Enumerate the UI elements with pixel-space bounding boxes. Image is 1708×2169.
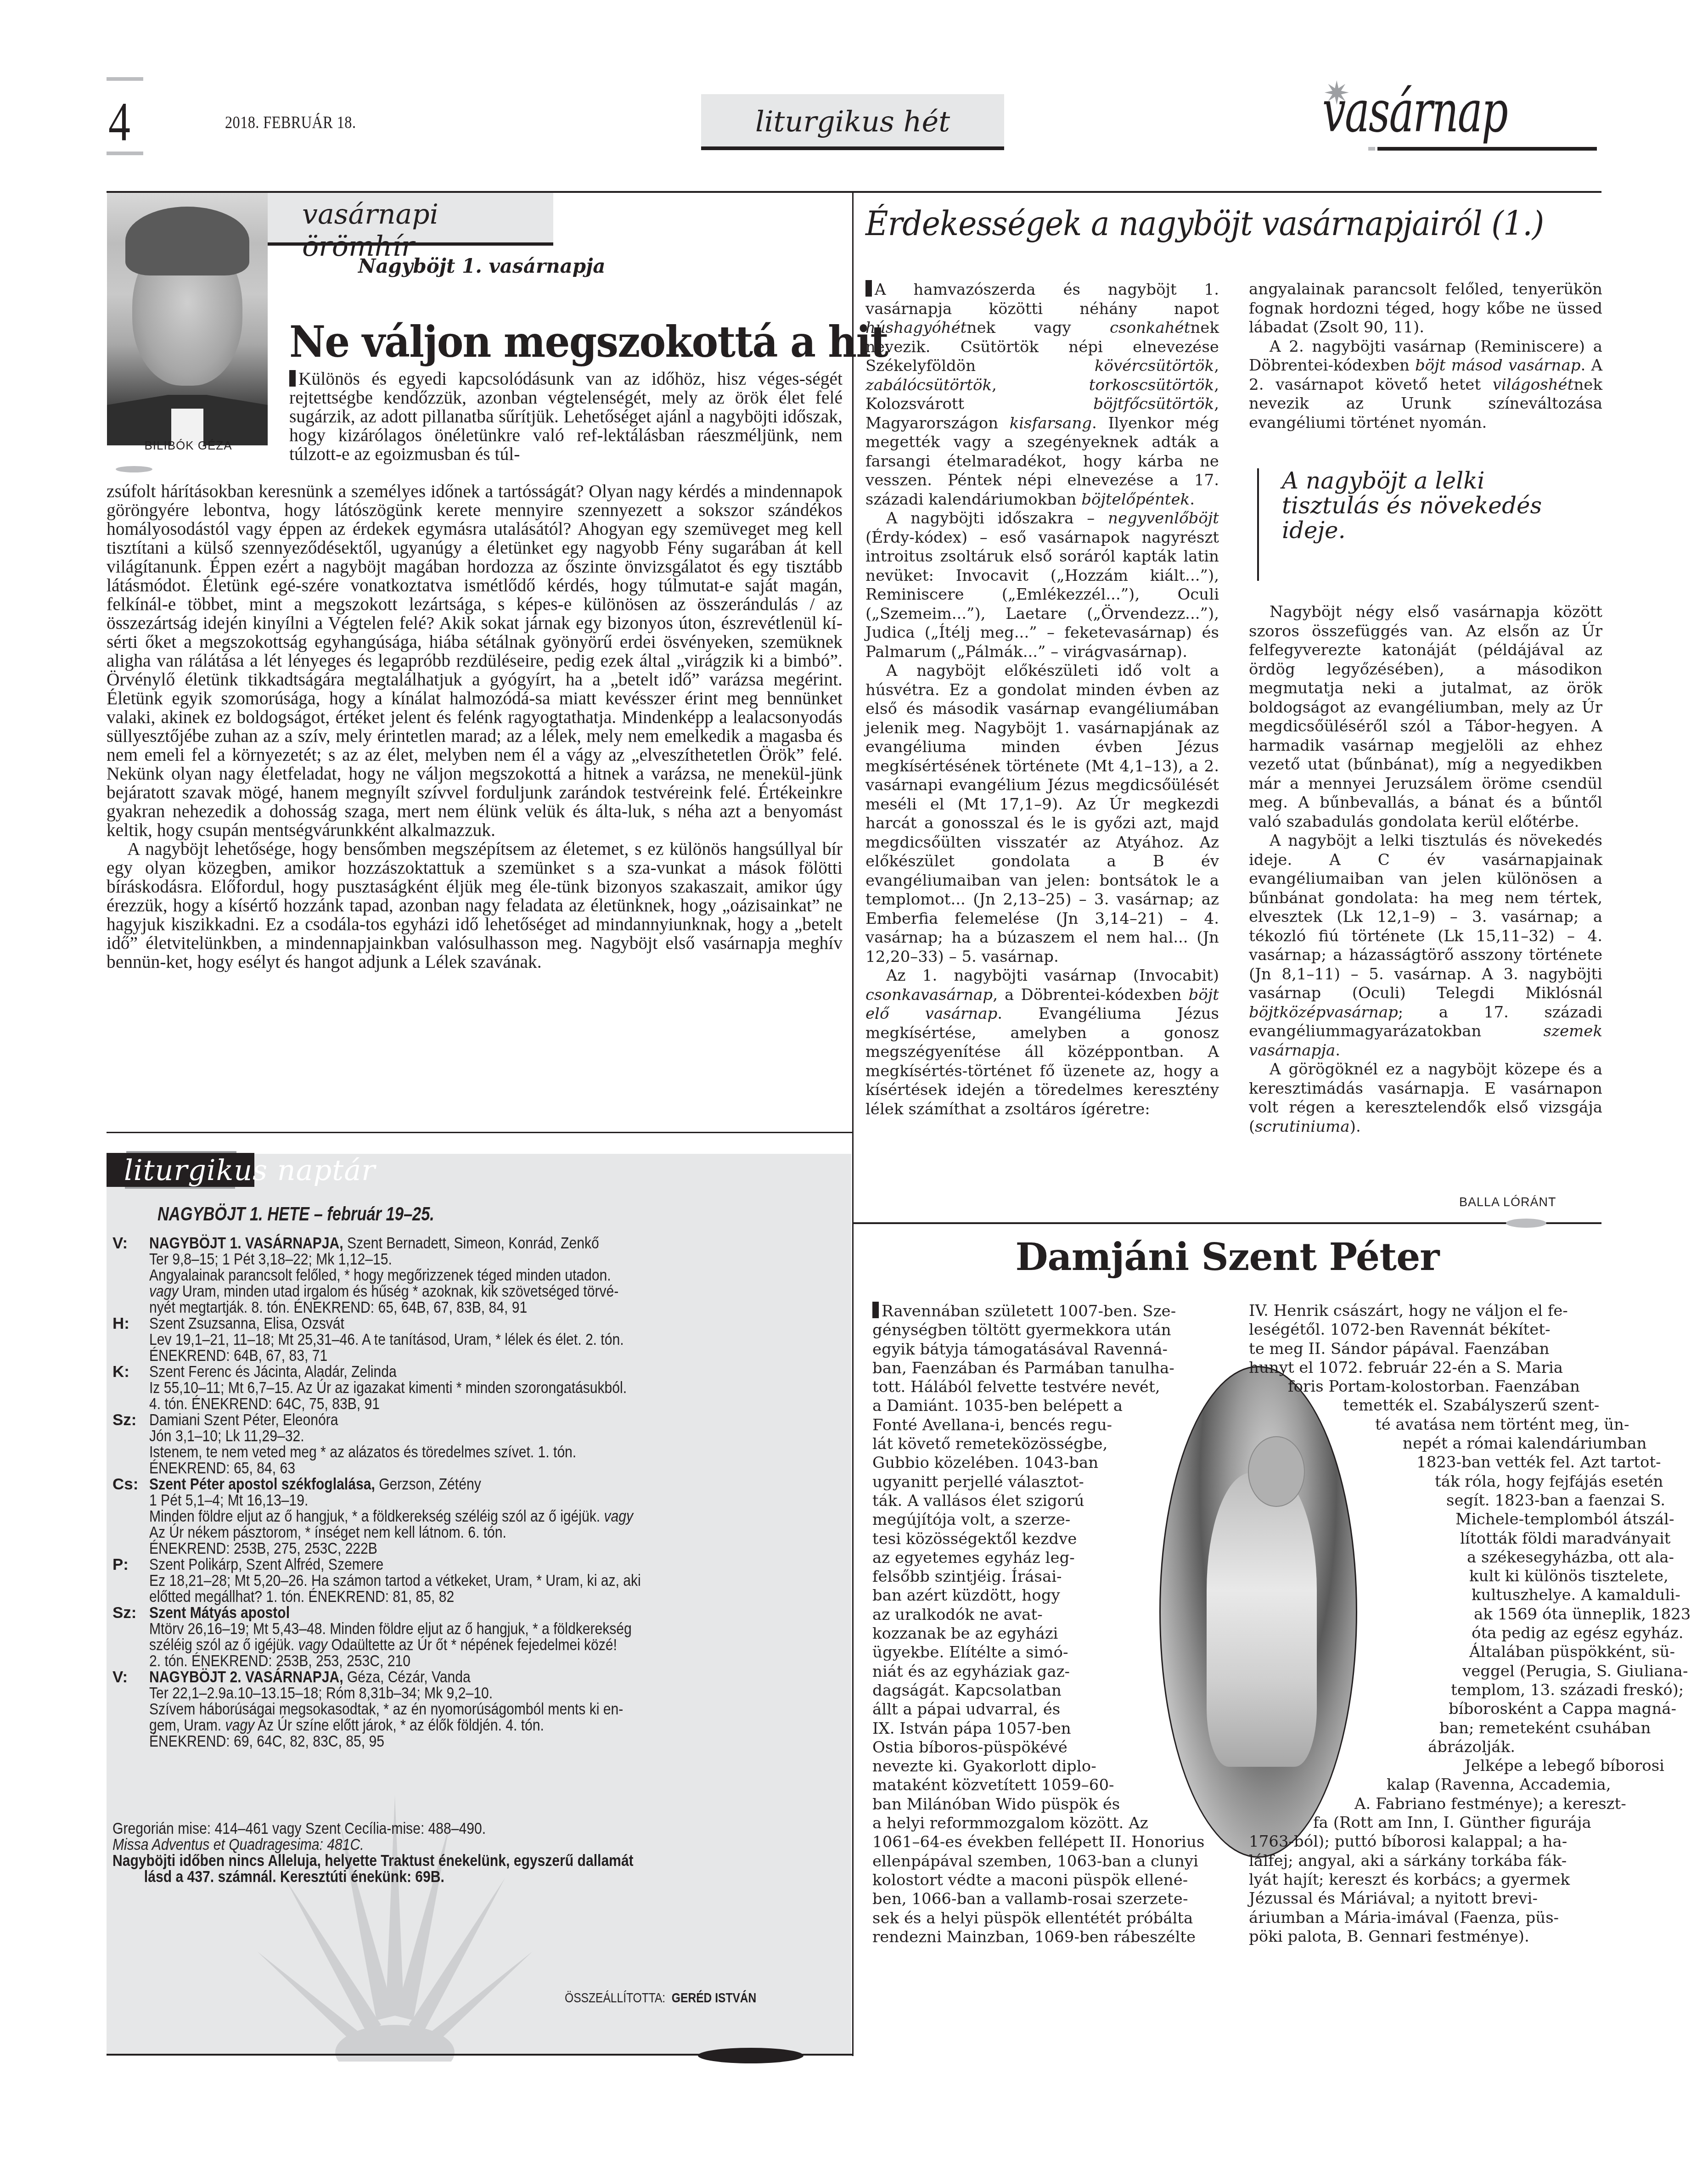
saint-text-line: IX. István pápa 1057-ben	[872, 1719, 1230, 1738]
calendar-day-names: Szent Péter apostol székfoglalása, Gerzs…	[149, 1476, 734, 1492]
issue-date: 2018. FEBRUÁR 18.	[225, 112, 356, 133]
calendar-day: P:Szent Polikárp, Szent Alfréd, SzemereE…	[112, 1557, 829, 1605]
calendar-day-names: Szent Zsuzsanna, Elisa, Ozsvát	[149, 1315, 734, 1332]
saint-text-line: megújítója volt, a szerze-	[872, 1511, 1230, 1529]
calendar-day-names: Szent Mátyás apostol	[149, 1605, 734, 1621]
saint-text-line: niát és az egyháziak gaz-	[872, 1663, 1230, 1681]
italic-term: csonkavasárnap	[865, 986, 993, 1004]
saint-text-line: ábrázolják.	[1249, 1738, 1605, 1757]
feature-title: Érdekességek a nagyböjt vasárnapjairól (…	[865, 204, 1544, 243]
credit-label: ÖSSZEÁLLÍTOTTA:	[565, 1990, 665, 2006]
calendar-feast: NAGYBÖJT 1. VASÁRNAPJA,	[149, 1234, 343, 1252]
feature-column-2-top: angyalainak parancsolt felőled, tenyerük…	[1249, 280, 1602, 433]
brand-underline	[1377, 147, 1597, 151]
saint-text-line: Ostia bíboros-püspökévé	[872, 1738, 1230, 1757]
saint-text-line: nevezte ki. Gyakorlott diplo-	[872, 1757, 1230, 1776]
calendar-reading: 1 Pét 5,1–4; Mt 16,13–19.	[149, 1492, 734, 1508]
italic-term: böjtközépvasárnap	[1249, 1003, 1398, 1022]
calendar-day-abbr: K:	[112, 1364, 129, 1380]
saint-text-line: felsőbb szintjéig. Írásai-	[872, 1568, 1230, 1586]
calendar-reading: Az Úr nékem pásztorom, * ínséget nem kel…	[149, 1524, 734, 1540]
saint-text-line: segít. 1823-ban a faenzai S.	[1249, 1491, 1605, 1510]
calendar-reading: ÉNEKREND: 253B, 275, 253C, 222B	[149, 1540, 734, 1557]
feature-column-1: A hamvazószerda és nagyböjt 1. vasárnapj…	[865, 280, 1219, 1119]
feature-author: BALLA LÓRÁNT	[1459, 1195, 1556, 1209]
italic-term: böjtelőpéntek	[1081, 490, 1190, 509]
saint-text-line: IV. Henrik császárt, hogy ne váljon el f…	[1249, 1302, 1605, 1321]
calendar-saints: Szent Zsuzsanna, Elisa, Ozsvát	[149, 1315, 344, 1332]
calendar-day-abbr: P:	[112, 1557, 129, 1573]
saint-text-line: bíborosként a Cappa magná-	[1249, 1700, 1605, 1719]
italic-term: negyvenlőböjt	[1108, 509, 1219, 528]
saint-text-line: az uralkodók ne avat-	[872, 1606, 1230, 1624]
calendar-footer: Gregorián mise: 414–461 vagy Szent Cecíl…	[112, 1821, 829, 1885]
saint-text-line: leségétől. 1072-ben Ravennát békítet-	[1249, 1321, 1605, 1339]
saint-text-line: foris Portam-kolostorban. Faenzában	[1249, 1377, 1605, 1396]
saint-text-line: ak 1569 óta ünneplik, 1823	[1249, 1605, 1605, 1624]
section-tab: liturgikus hét	[701, 94, 1004, 150]
saint-text-line: ellenpápával szemben, 1063-ban a clunyi	[872, 1852, 1230, 1871]
saint-text-line: tott. Hálából felvette testvére nevét,	[872, 1378, 1230, 1397]
calendar-reading: Ter 9,8–15; 1 Pét 3,18–22; Mk 1,12–15.	[149, 1251, 734, 1267]
italic-term: böjtfőcsütörtök	[1093, 395, 1214, 413]
calendar-day-abbr: H:	[112, 1315, 129, 1332]
saint-text-line: ták. A vallásos élet szigorú	[872, 1492, 1230, 1511]
calendar-reading: Jón 3,1–10; Lk 11,29–32.	[149, 1428, 734, 1444]
feature-column-2-bottom: Nagyböjt négy első vasárnapja között szo…	[1249, 603, 1602, 1136]
saint-text-line: Jézussal és Máriával; a nyitott brevi-	[1249, 1889, 1605, 1908]
italic-term: húshagyóhét	[865, 319, 967, 337]
calendar-reading: Minden földre eljut az ő hangjuk, * a fö…	[149, 1508, 734, 1524]
decorative-oval	[698, 2048, 803, 2063]
calendar-reading: vagy Uram, minden utad irgalom és hűség …	[149, 1283, 734, 1299]
saint-text-line: lyát hajít; kereszt és korbács; a gyerme…	[1249, 1871, 1605, 1889]
saint-text-line: 1061–64-es években fellépett II. Honoriu…	[872, 1833, 1230, 1852]
column-kicker: vasárnapi örömhír	[268, 193, 553, 246]
calendar-day-names: NAGYBÖJT 2. VASÁRNAPJA, Géza, Cézár, Van…	[149, 1669, 734, 1685]
calendar-or: vagy	[149, 1282, 179, 1300]
calendar-or: vagy	[298, 1636, 328, 1654]
calendar-alleluia-note: Nagyböjti időben nincs Alleluja, helyett…	[112, 1853, 729, 1869]
feature-paragraph: Nagyböjt négy első vasárnapja között szo…	[1249, 603, 1602, 832]
article-subkicker: Nagyböjt 1. vasárnapja	[358, 255, 606, 277]
calendar-day-names: Szent Ferenc és Jácinta, Aladár, Zelinda	[149, 1364, 734, 1380]
saint-text-line: áriumban a Mária-imával (Faenza, püs-	[1249, 1909, 1605, 1927]
saint-text-line: a székesegyházba, ott ala-	[1249, 1548, 1605, 1567]
calendar-day: V:NAGYBÖJT 2. VASÁRNAPJA, Géza, Cézár, V…	[112, 1669, 829, 1749]
feature-paragraph: Az 1. nagyböjti vasárnap (Invocabit) cso…	[865, 966, 1219, 1119]
calendar-reading: nyét megtartják. 8. tón. ÉNEKREND: 65, 6…	[149, 1299, 734, 1315]
calendar-reading: Szívem háborúságai megsokasodtak, * az é…	[149, 1701, 734, 1717]
calendar-reading: ÉNEKREND: 69, 64C, 82, 83C, 85, 95	[149, 1733, 734, 1749]
calendar-day: Sz:Damiani Szent Péter, EleonóraJón 3,1–…	[112, 1412, 829, 1476]
calendar-saints: Damiani Szent Péter, Eleonóra	[149, 1411, 338, 1429]
section-divider	[107, 1132, 853, 1133]
author-photo	[107, 193, 268, 445]
feature-paragraph: A nagyböjti időszakra – negyvenlőböjt (É…	[865, 509, 1219, 662]
italic-term: torkoscsütörtök	[1089, 376, 1214, 394]
saint-text-line: kalap (Ravenna, Accademia,	[1249, 1776, 1605, 1794]
credit-name: GERÉD ISTVÁN	[672, 1990, 757, 2006]
calendar-reading: ÉNEKREND: 64B, 67, 83, 71	[149, 1348, 734, 1364]
feature-paragraph: A nagyböjt a lelki tisztulás és növekedé…	[1249, 832, 1602, 1060]
lead-paragraph: Különös és egyedi kapcsolódásunk van az …	[289, 369, 843, 464]
saint-text-line: kozzanak be az egyházi	[872, 1624, 1230, 1643]
calendar-reading: Ez 18,21–28; Mt 5,20–26. Ha számon tarto…	[149, 1573, 734, 1589]
saint-text-line: veggel (Perugia, S. Giuliana-	[1249, 1662, 1605, 1681]
calendar-or: vagy	[225, 1716, 255, 1734]
calendar-saints: Szent Polikárp, Szent Alfréd, Szemere	[149, 1556, 383, 1573]
saint-text-line: ben, 1066-ban a vallamb-rosai szerzete-	[872, 1890, 1230, 1909]
italic-term: scrutiniuma	[1255, 1118, 1349, 1136]
saint-column-1: Ravennában született 1007-ben. Sze-génys…	[872, 1302, 1230, 1947]
calendar-day-abbr: V:	[112, 1235, 128, 1251]
body-paragraph: zsúfolt hárításokban keresnünk a személy…	[107, 482, 843, 840]
italic-term: böjt másod vasárnap	[1415, 356, 1580, 375]
photo-hair	[125, 207, 249, 275]
saint-text-line: ban azért küzdött, hogy	[872, 1586, 1230, 1605]
saint-text-line: rendezni Mainzban, 1069-ben rábeszélte	[872, 1928, 1230, 1947]
feature-paragraph: angyalainak parancsolt felőled, tenyerük…	[1249, 280, 1602, 337]
saint-text-line: nepét a római kalendáriumban	[1249, 1434, 1605, 1453]
calendar-reading: Istenem, te nem veted meg * az alázatos …	[149, 1444, 734, 1460]
saint-text-line: lították földi maradványait	[1249, 1529, 1605, 1548]
saint-text-line: hunyt el 1072. február 22-én a S. Maria	[1249, 1359, 1605, 1377]
calendar-reading: 4. tón. ÉNEKREND: 64C, 75, 83B, 91	[149, 1396, 734, 1412]
saint-text-line: temették el. Szabályszerű szent-	[1249, 1396, 1605, 1415]
saint-text-line: állt a pápai udvarral, és	[872, 1700, 1230, 1719]
saint-text-line: kolostort védte a maconi püspök ellené-	[872, 1871, 1230, 1890]
saint-text-line: Fonté Avellana-i, bencés regu-	[872, 1416, 1230, 1435]
saint-text-line: té avatása nem történt meg, ün-	[1249, 1416, 1605, 1434]
calendar-day-abbr: Sz:	[112, 1605, 137, 1621]
page-number: 4	[108, 94, 130, 149]
calendar-reading: Angyalainak parancsolt felőled, * hogy m…	[149, 1267, 734, 1283]
calendar-mass-note: Gregorián mise: 414–461 vagy Szent Cecíl…	[112, 1821, 729, 1837]
calendar-saints: Gerzson, Zétény	[375, 1475, 481, 1493]
saint-text-line: ügyekbe. Elítélte a simó-	[872, 1643, 1230, 1662]
calendar-reading: ÉNEKREND: 65, 84, 63	[149, 1460, 734, 1476]
saint-text-line: Jelképe a lebegő bíborosi	[1249, 1757, 1605, 1776]
calendar-saints: Géza, Cézár, Vanda	[343, 1668, 471, 1686]
calendar-feast: Szent Mátyás apostol	[149, 1604, 290, 1622]
calendar-day-abbr: V:	[112, 1669, 128, 1685]
feature-paragraph: A nagyböjt előkészületi idő volt a húsvé…	[865, 662, 1219, 966]
calendar-reading: Lev 19,1–21, 11–18; Mt 25,31–46. A te ta…	[149, 1332, 734, 1348]
feature-paragraph: A hamvazószerda és nagyböjt 1. vasárnapj…	[865, 280, 1219, 509]
calendar-day-abbr: Cs:	[112, 1476, 138, 1492]
calendar-saints: Szent Bernadett, Simeon, Konrád, Zenkő	[343, 1234, 599, 1252]
decorative-oval	[1506, 1219, 1546, 1228]
saint-text-line: az egyetemes egyház leg-	[872, 1549, 1230, 1568]
saint-text-line: fa (Rott am Inn, I. Günther figurája	[1249, 1814, 1605, 1832]
calendar-reading: 2. tón. ÉNEKREND: 253B, 253, 253C, 210	[149, 1653, 734, 1669]
calendar-day-names: NAGYBÖJT 1. VASÁRNAPJA, Szent Bernadett,…	[149, 1235, 734, 1251]
article-headline: Ne váljon megszokottá a hit	[289, 317, 888, 367]
saint-text-line: 1823-ban vették fel. Azt tartot-	[1249, 1453, 1605, 1472]
saint-text-line: tesi közösségektől kezdve	[872, 1530, 1230, 1549]
pull-quote: A nagyböjt a lelki tisztulás és növekedé…	[1257, 468, 1560, 581]
lead-marker-icon	[872, 1302, 879, 1318]
calendar-day-list: V:NAGYBÖJT 1. VASÁRNAPJA, Szent Bernadet…	[112, 1235, 829, 1749]
calendar-credit: ÖSSZEÁLLÍTOTTA: GERÉD ISTVÁN	[565, 1990, 756, 2006]
calendar-day: K:Szent Ferenc és Jácinta, Aladár, Zelin…	[112, 1364, 829, 1412]
saint-text-line: Gubbio közelében. 1043-ban	[872, 1454, 1230, 1472]
calendar-day-names: Damiani Szent Péter, Eleonóra	[149, 1412, 734, 1428]
body-paragraph: A nagyböjt lehetősége, hogy bensőmben me…	[107, 840, 843, 972]
calendar-title: liturgikus naptár	[124, 1153, 376, 1187]
feature-divider	[853, 1222, 1601, 1224]
decorative-oval	[116, 466, 152, 472]
lead-marker-icon	[289, 370, 296, 387]
saint-text-line: A. Fabriano festménye); a kereszt-	[1249, 1795, 1605, 1814]
saint-text-line: Michele-templomból átszál-	[1249, 1510, 1605, 1529]
calendar-reading: Iz 55,10–11; Mt 6,7–15. Az Úr az igazaka…	[149, 1380, 734, 1396]
calendar-day: Cs:Szent Péter apostol székfoglalása, Ge…	[112, 1476, 829, 1557]
saint-article-title: Damjáni Szent Péter	[853, 1235, 1601, 1279]
saint-text-line: ban; remeteként csuhában	[1249, 1719, 1605, 1738]
masthead-logo: ✷ vasárnap	[1322, 78, 1598, 154]
saint-text-line: 1763-ból); puttó bíborosi kalappal; a ha…	[1249, 1832, 1605, 1851]
saint-text-line: lálfej; angyal, aki a sárkány torkába fá…	[1249, 1852, 1605, 1871]
feature-paragraph: A 2. nagyböjti vasárnap (Reminiscere) a …	[1249, 337, 1602, 433]
saint-text-line: a helyi reformmozgalom között. Az	[872, 1814, 1230, 1833]
calendar-reading: Ter 22,1–2.9a.10–13.15–18; Róm 8,31b–34;…	[149, 1685, 734, 1701]
saint-text-line: ban, Faenzában és Parmában tanulha-	[872, 1359, 1230, 1378]
saint-text-line: ugyanitt perjellé választot-	[872, 1473, 1230, 1492]
calendar-feast: NAGYBÖJT 2. VASÁRNAPJA,	[149, 1668, 343, 1686]
calendar-reading: gem, Uram. vagy Az Úr színe előtt járok,…	[149, 1717, 734, 1733]
saint-text-line: ták róla, hogy fejfájás esetén	[1249, 1472, 1605, 1491]
article-body: zsúfolt hárításokban keresnünk a személy…	[107, 482, 843, 972]
saint-text-line: Ravennában született 1007-ben. Sze-	[872, 1302, 1230, 1321]
section-label: liturgikus hét	[755, 105, 950, 138]
brand-bar-accent	[1368, 147, 1375, 151]
saint-text-line: te meg II. Sándor pápával. Faenzában	[1249, 1340, 1605, 1359]
saint-text-line: egyik bátyja támogatásával Ravenná-	[872, 1340, 1230, 1359]
calendar-day: H:Szent Zsuzsanna, Elisa, OzsvátLev 19,1…	[112, 1315, 829, 1364]
saint-text-line: pöki palota, B. Gennari festménye).	[1249, 1927, 1605, 1946]
italic-term: zabálócsütörtök	[865, 376, 992, 394]
saint-text-line: lát követő remeteközösségbe,	[872, 1435, 1230, 1454]
calendar-reading: előtted megállhat? 1. tón. ÉNEKREND: 81,…	[149, 1589, 734, 1605]
italic-term: világoshét	[1493, 376, 1574, 394]
article-lead: Különös és egyedi kapcsolódásunk van az …	[289, 370, 843, 464]
italic-term: kövércsütörtök	[1095, 357, 1214, 375]
kicker-label: vasárnapi örömhír	[302, 198, 553, 263]
calendar-day-abbr: Sz:	[112, 1412, 137, 1428]
saint-text-line: génységben töltött gyermekkora után	[872, 1321, 1230, 1340]
page-number-rule-bottom	[107, 152, 143, 155]
saint-text-line: óta pedig az egész egyház.	[1249, 1624, 1605, 1643]
saint-text-line: mataként közvetített 1059–60-	[872, 1776, 1230, 1795]
italic-term: csonkahét	[1110, 319, 1190, 337]
italic-term: kisfarsang	[1010, 414, 1092, 433]
feature-paragraph: A görögöknél ez a nagyböjt közepe és a k…	[1249, 1060, 1602, 1136]
calendar-reading: Mtörv 26,16–19; Mt 5,43–48. Minden földr…	[149, 1621, 734, 1637]
saint-text-line: ban Milánóban Wido püspök és	[872, 1795, 1230, 1814]
calendar-day: Sz:Szent Mátyás apostolMtörv 26,16–19; M…	[112, 1605, 829, 1669]
saint-text-line: Általában püspökként, sü-	[1249, 1643, 1605, 1662]
calendar-day: V:NAGYBÖJT 1. VASÁRNAPJA, Szent Bernadet…	[112, 1235, 829, 1315]
saint-text-line: templom, 13. századi freskó);	[1249, 1681, 1605, 1700]
saint-text-line: kultuszhelye. A kamalduli-	[1249, 1586, 1605, 1605]
calendar-day-names: Szent Polikárp, Szent Alfréd, Szemere	[149, 1557, 734, 1573]
calendar-saints: Szent Ferenc és Jácinta, Aladár, Zelinda	[149, 1363, 397, 1381]
italic-term: szemek vasárnapja	[1249, 1022, 1602, 1060]
brand-name: vasárnap	[1322, 83, 1507, 140]
saint-text-line: sek és a helyi püspök ellentétét próbált…	[872, 1909, 1230, 1928]
calendar-or: vagy	[604, 1507, 634, 1525]
author-name: BILIBÓK GÉZA	[119, 438, 257, 453]
lead-marker-icon	[865, 280, 872, 297]
saint-text-line: a Damiánt. 1035-ben belépett a	[872, 1397, 1230, 1416]
saint-text-line: kult ki különös tisztelete,	[1249, 1567, 1605, 1586]
calendar-week: NAGYBÖJT 1. HETE – február 19–25.	[157, 1203, 434, 1225]
calendar-missa-note: Missa Adventus et Quadragesima: 481C.	[112, 1837, 729, 1853]
calendar-alleluia-note-cont: lásd a 437. számnál. Keresztúti énekünk:…	[112, 1869, 729, 1885]
page-number-rule-top	[107, 77, 143, 81]
calendar-feast: Szent Péter apostol székfoglalása,	[149, 1475, 375, 1493]
saint-text-line: dagságát. Kapcsolatban	[872, 1681, 1230, 1700]
calendar-reading: széléig szól az ő igéjük. vagy Odaültett…	[149, 1637, 734, 1653]
saint-column-2: IV. Henrik császárt, hogy ne váljon el f…	[1249, 1302, 1605, 1946]
